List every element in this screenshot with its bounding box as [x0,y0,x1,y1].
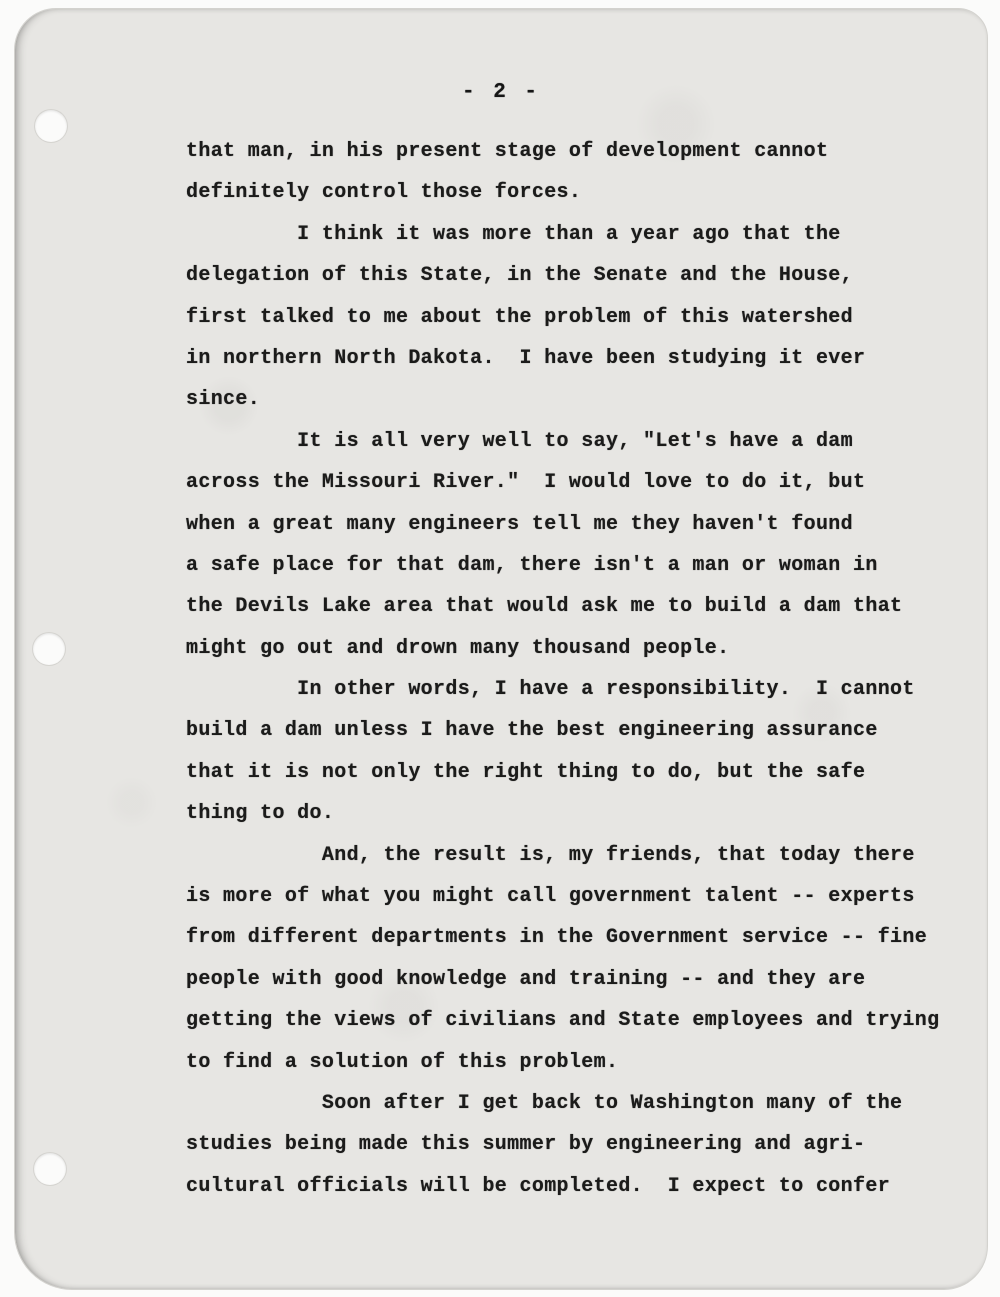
document-line: thing to do. [186,793,976,834]
document-line: to find a solution of this problem. [186,1042,976,1083]
document-line: in northern North Dakota. I have been st… [186,338,976,379]
document-body-text: that man, in his present stage of develo… [186,131,976,1207]
document-line: It is all very well to say, "Let's have … [186,421,976,462]
hole-punch-bottom [34,1153,66,1185]
document-line: that it is not only the right thing to d… [186,752,976,793]
document-line: build a dam unless I have the best engin… [186,710,976,751]
document-line: first talked to me about the problem of … [186,297,976,338]
page-number: - 2 - [15,81,987,104]
document-line: I think it was more than a year ago that… [186,214,976,255]
document-line: cultural officials will be completed. I … [186,1166,976,1207]
document-line: studies being made this summer by engine… [186,1124,976,1165]
hole-punch-middle [33,633,65,665]
document-line: In other words, I have a responsibility.… [186,669,976,710]
document-line: might go out and drown many thousand peo… [186,628,976,669]
document-line: delegation of this State, in the Senate … [186,255,976,296]
document-line: Soon after I get back to Washington many… [186,1083,976,1124]
document-line: a safe place for that dam, there isn't a… [186,545,976,586]
document-line: is more of what you might call governmen… [186,876,976,917]
document-line: And, the result is, my friends, that tod… [186,835,976,876]
document-line: from different departments in the Govern… [186,917,976,958]
scanned-document: - 2 - that man, in his present stage of … [0,0,1000,1297]
document-line: people with good knowledge and training … [186,959,976,1000]
document-line: that man, in his present stage of develo… [186,131,976,172]
document-page: - 2 - that man, in his present stage of … [14,8,988,1290]
hole-punch-top [35,110,67,142]
document-line: when a great many engineers tell me they… [186,504,976,545]
document-line: the Devils Lake area that would ask me t… [186,586,976,627]
document-line: since. [186,379,976,420]
document-line: getting the views of civilians and State… [186,1000,976,1041]
document-line: across the Missouri River." I would love… [186,462,976,503]
document-line: definitely control those forces. [186,172,976,213]
